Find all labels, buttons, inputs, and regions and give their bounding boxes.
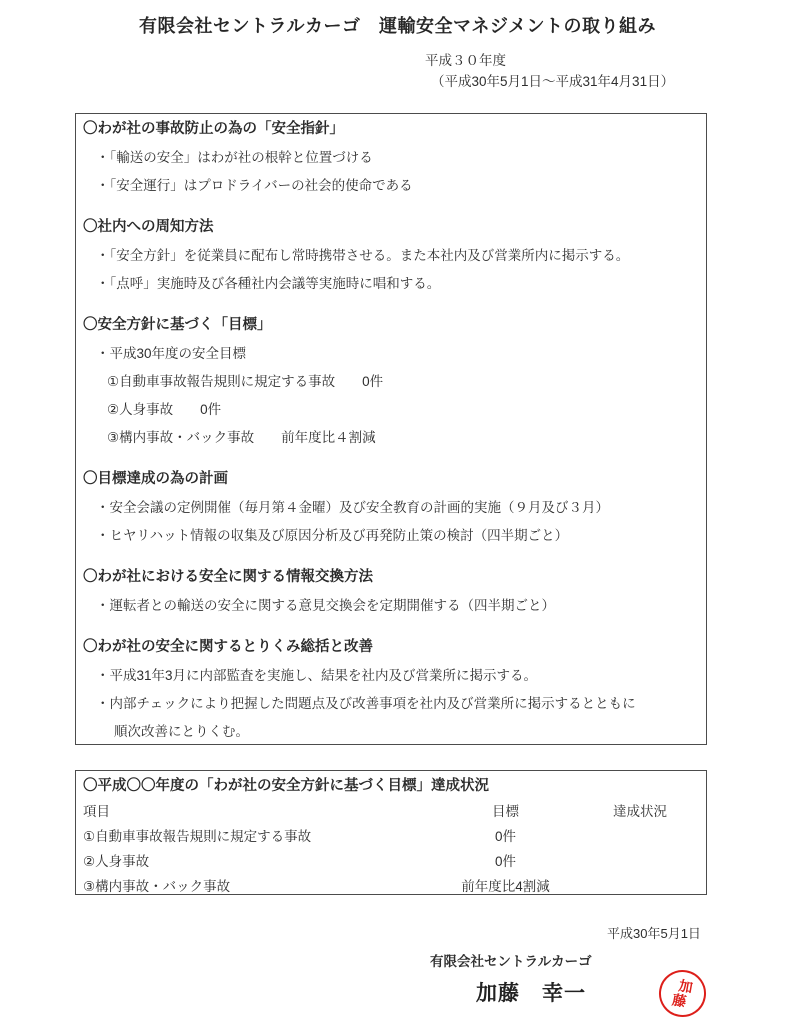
row-target: 0件 bbox=[413, 852, 598, 871]
column-header-item: 項目 bbox=[83, 802, 413, 821]
safety-policy-box: 〇わが社の事故防止の為の「安全指針」 ・「輸送の安全」はわが社の根幹と位置づける… bbox=[75, 113, 707, 745]
table-row: ②人身事故 0件 bbox=[83, 852, 698, 871]
row-target: 0件 bbox=[413, 827, 598, 846]
table-row: ③構内事故・バック事故 前年度比4割減 bbox=[83, 877, 698, 896]
section-title: 〇わが社の事故防止の為の「安全指針」 bbox=[83, 119, 696, 139]
policy-item: ・ヒヤリハット情報の収集及び原因分析及び再発防止策の検討（四半期ごと） bbox=[83, 526, 696, 545]
page-title: 有限会社セントラルカーゴ 運輸安全マネジメントの取り組み bbox=[0, 12, 795, 38]
policy-item: ・「安全運行」はプロドライバーの社会的使命である bbox=[83, 176, 696, 195]
hanko-stamp: 加 藤 bbox=[655, 966, 709, 1020]
fiscal-year-label: 平成３０年度 bbox=[425, 49, 506, 69]
section-title: 〇社内への周知方法 bbox=[83, 217, 696, 237]
policy-item: ・「輸送の安全」はわが社の根幹と位置づける bbox=[83, 148, 696, 167]
section-achievement-plan: 〇目標達成の為の計画 ・安全会議の定例開催（毎月第４金曜）及び安全教育の計画的実… bbox=[83, 469, 696, 545]
policy-item: ①自動車事故報告規則に規定する事故 0件 bbox=[83, 372, 696, 391]
stamp-text-bottom: 藤 bbox=[671, 992, 687, 1009]
policy-item: ・内部チェックにより把握した問題点及び改善事項を社内及び営業所に掲示するとともに bbox=[83, 694, 696, 713]
section-title: 〇安全方針に基づく「目標」 bbox=[83, 315, 696, 335]
section-review-improvement: 〇わが社の安全に関するとりくみ総括と改善 ・平成31年3月に内部監査を実施し、結… bbox=[83, 637, 696, 741]
section-safety-guideline: 〇わが社の事故防止の為の「安全指針」 ・「輸送の安全」はわが社の根幹と位置づける… bbox=[83, 119, 696, 195]
policy-item-continuation: 順次改善にとりくむ。 bbox=[83, 722, 696, 741]
row-item: ①自動車事故報告規則に規定する事故 bbox=[83, 827, 413, 846]
section-information-exchange: 〇わが社における安全に関する情報交換方法 ・運転者との輸送の安全に関する意見交換… bbox=[83, 567, 696, 615]
table-header-row: 項目 目標 達成状況 bbox=[83, 802, 698, 821]
row-status bbox=[598, 852, 698, 871]
section-title: 〇わが社の安全に関するとりくみ総括と改善 bbox=[83, 637, 696, 657]
period-label: （平成30年5月1日～平成31年4月31日） bbox=[431, 70, 674, 90]
document-page: 有限会社セントラルカーゴ 運輸安全マネジメントの取り組み 平成３０年度 （平成3… bbox=[0, 0, 795, 1024]
policy-item: ・平成30年度の安全目標 bbox=[83, 344, 696, 363]
section-title: 〇目標達成の為の計画 bbox=[83, 469, 696, 489]
policy-item: ③構内事故・バック事故 前年度比４割減 bbox=[83, 428, 696, 447]
achievement-title: 〇平成〇〇年度の「わが社の安全方針に基づく目標」達成状況 bbox=[83, 776, 698, 796]
signature-date: 平成30年5月1日 bbox=[607, 923, 701, 942]
row-item: ②人身事故 bbox=[83, 852, 413, 871]
row-target: 前年度比4割減 bbox=[413, 877, 598, 896]
policy-item: ・平成31年3月に内部監査を実施し、結果を社内及び営業所に掲示する。 bbox=[83, 666, 696, 685]
policy-item: ・運転者との輸送の安全に関する意見交換会を定期開催する（四半期ごと） bbox=[83, 596, 696, 615]
section-safety-targets: 〇安全方針に基づく「目標」 ・平成30年度の安全目標 ①自動車事故報告規則に規定… bbox=[83, 315, 696, 447]
policy-item: ・「点呼」実施時及び各種社内会議等実施時に唱和する。 bbox=[83, 274, 696, 293]
row-status bbox=[598, 877, 698, 896]
achievement-box: 〇平成〇〇年度の「わが社の安全方針に基づく目標」達成状況 項目 目標 達成状況 … bbox=[75, 770, 707, 895]
table-row: ①自動車事故報告規則に規定する事故 0件 bbox=[83, 827, 698, 846]
policy-item: ・安全会議の定例開催（毎月第４金曜）及び安全教育の計画的実施（９月及び３月） bbox=[83, 498, 696, 517]
row-item: ③構内事故・バック事故 bbox=[83, 877, 413, 896]
signer-name: 加藤 幸一 bbox=[476, 977, 586, 1007]
column-header-status: 達成状況 bbox=[598, 802, 698, 821]
policy-item: ・「安全方針」を従業員に配布し常時携帯させる。また本社内及び営業所内に掲示する。 bbox=[83, 246, 696, 265]
section-internal-communication: 〇社内への周知方法 ・「安全方針」を従業員に配布し常時携帯させる。また本社内及び… bbox=[83, 217, 696, 293]
policy-item: ②人身事故 0件 bbox=[83, 400, 696, 419]
company-name: 有限会社セントラルカーゴ bbox=[430, 950, 592, 970]
column-header-target: 目標 bbox=[413, 802, 598, 821]
row-status bbox=[598, 827, 698, 846]
section-title: 〇わが社における安全に関する情報交換方法 bbox=[83, 567, 696, 587]
